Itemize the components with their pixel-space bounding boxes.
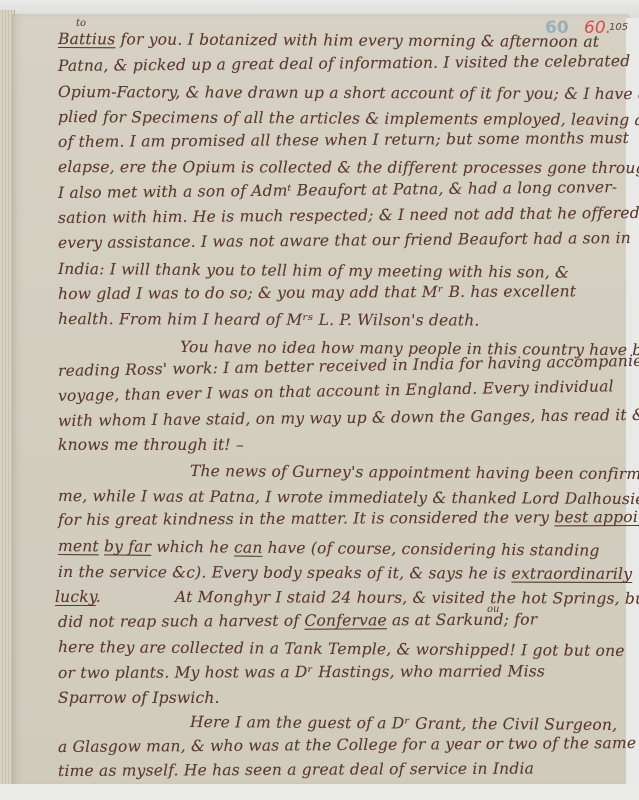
underlined-word: best appoint- [554, 508, 639, 527]
text-line: time as myself. He has seen a great deal… [58, 759, 623, 780]
underlined-word: can [234, 539, 263, 557]
text-line-paragraph-start: At Monghyr I staid 24 hours, & visited t… [175, 588, 625, 608]
text-line-paragraph-start: Here I am the guest of a Dʳ Grant, the C… [190, 713, 625, 734]
line-text: for you. I botanized with him every morn… [115, 30, 599, 51]
line-text: . [96, 588, 101, 606]
line-text: have (of course, considering his standin… [262, 539, 599, 560]
line-text: did not reap such a harvest of [58, 612, 305, 631]
underlined-word: extraordinarily [511, 565, 632, 583]
line-text: for his great kindness in the matter. It… [58, 508, 554, 529]
underlined-word: ment [58, 537, 99, 555]
text-line: lucky. [55, 588, 115, 606]
text-line: or two plants. My host was a Dʳ Hastings… [58, 662, 623, 682]
line-text: as at Sarkund; for [387, 610, 538, 629]
text-line: did not reap such a harvest of Confervae… [58, 610, 623, 631]
line-text: which he [151, 538, 234, 557]
text-line: Sparrow of Ipswich. [58, 689, 623, 707]
text-line: plied for Specimens of all the articles … [58, 108, 623, 129]
text-line: Opium-Factory, & have drawn up a short a… [58, 83, 623, 103]
text-line: in the service &c). Every body speaks of… [58, 563, 623, 583]
folio-number-ink: 105 [609, 22, 628, 33]
text-line: elapse, ere the Opium is collected & the… [58, 158, 623, 177]
text-line: me, while I was at Patna, I wrote immedi… [58, 487, 623, 508]
underlined-word: lucky [55, 588, 96, 606]
text-line: for his great kindness in the matter. It… [58, 508, 623, 529]
text-line: knows me through it! – [58, 436, 623, 454]
underlined-word: Battius [58, 30, 115, 48]
insertion-above-first-word: to [76, 18, 86, 29]
scan-backdrop-bottom [0, 784, 639, 800]
text-line-paragraph-start: The news of Gurney's appointment having … [190, 462, 625, 483]
underlined-word: Confervae [304, 611, 387, 629]
text-line: health. From him I heard of Mʳˢ L. P. Wi… [58, 310, 623, 330]
underlined-word: by far [104, 537, 151, 555]
line-text: in the service &c). Every body speaks of… [58, 563, 512, 583]
text-line: Battius for you. I botanized with him ev… [58, 30, 623, 51]
text-line: how glad I was to do so; & you may add t… [58, 282, 623, 303]
